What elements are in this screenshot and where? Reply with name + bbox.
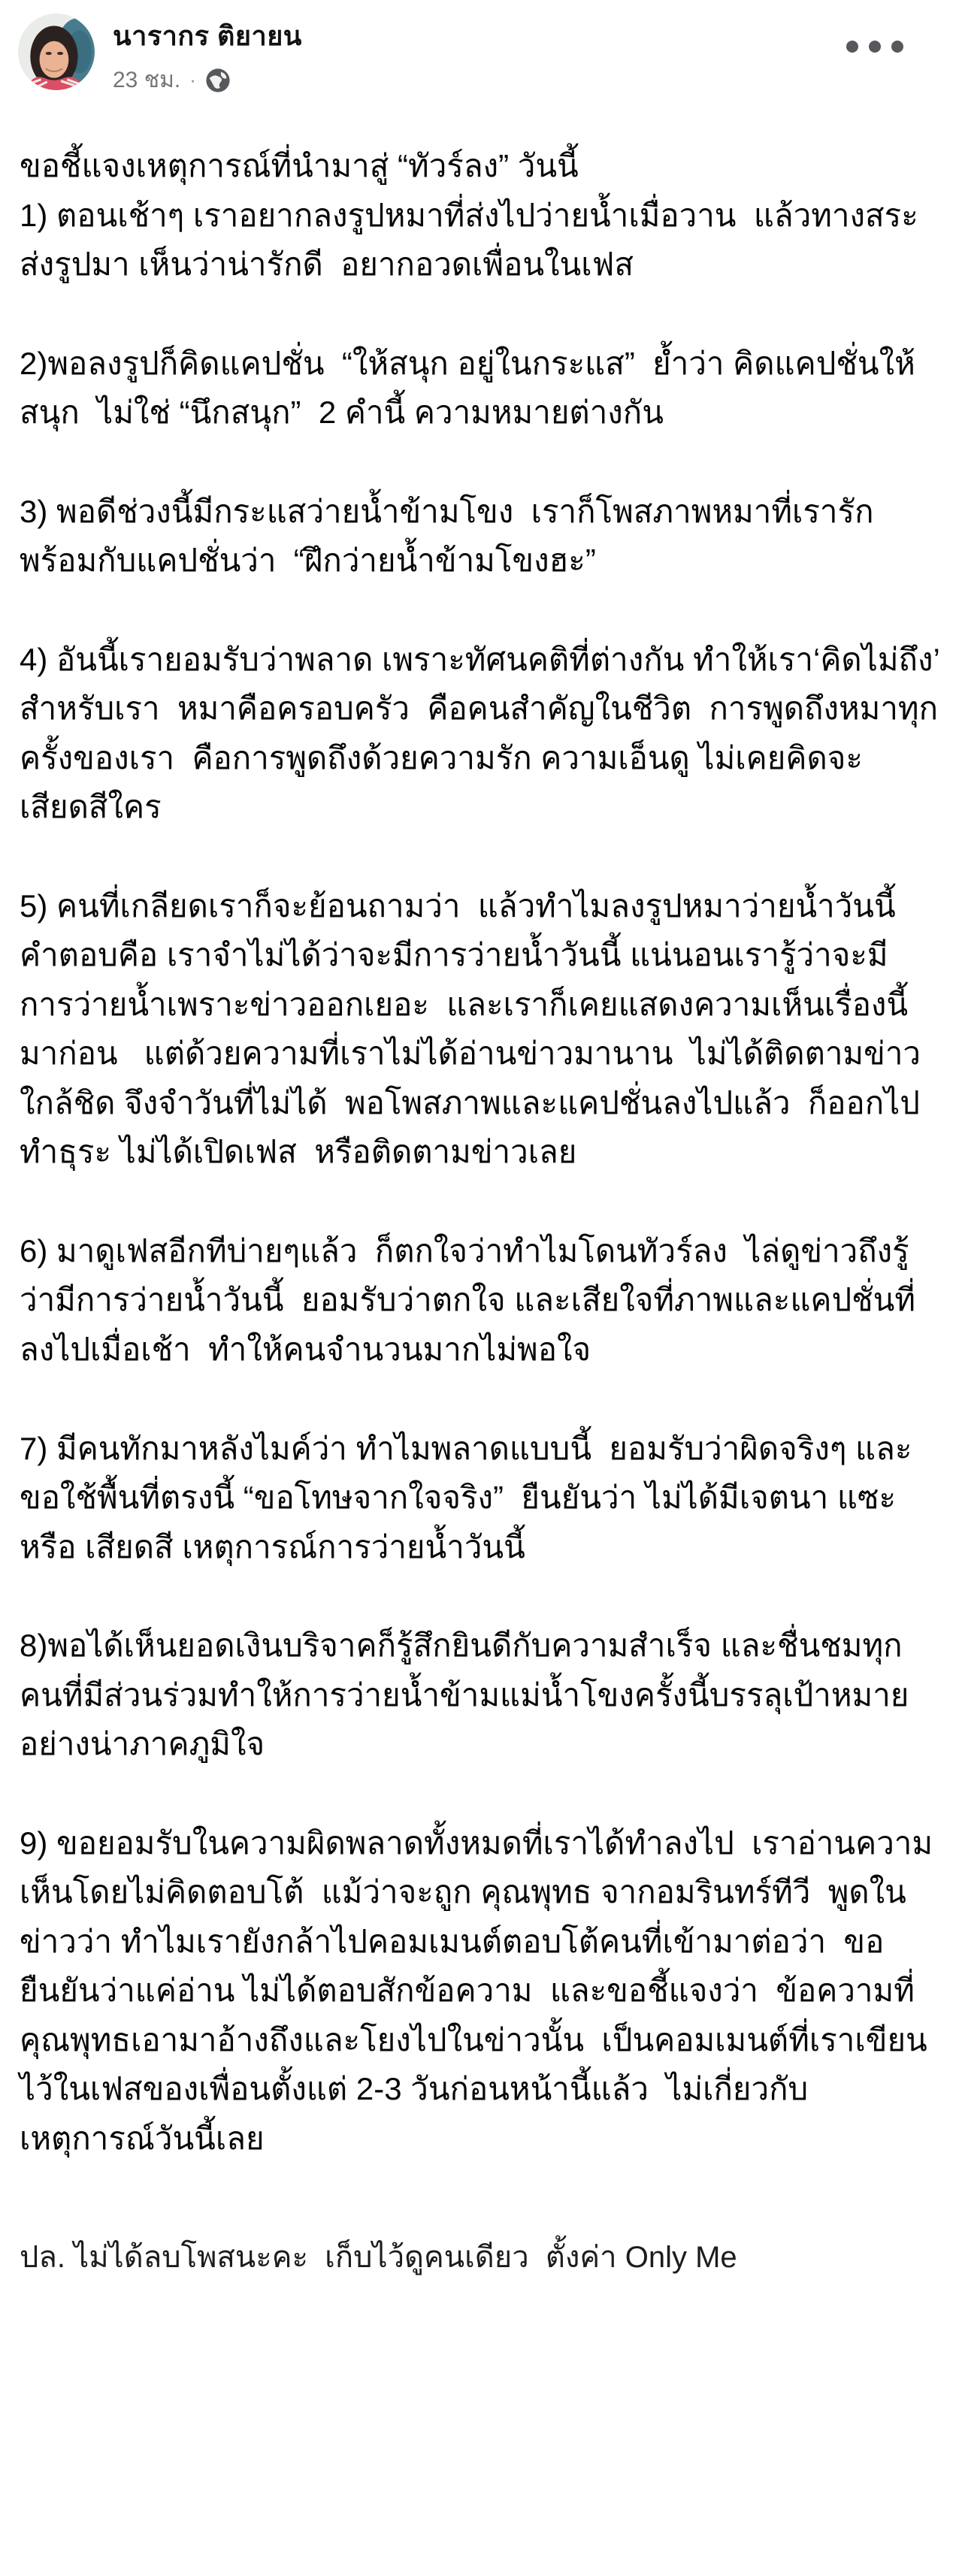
post-paragraph: 5) คนที่เกลียดเราก็จะย้อนถามว่า แล้วทำไม… xyxy=(20,881,939,1177)
ellipsis-dot xyxy=(891,41,903,53)
globe-icon xyxy=(205,68,231,93)
ellipsis-dot xyxy=(869,41,881,53)
post-header: นารากร ติยายน 23 ชม. · xyxy=(0,0,962,105)
post-subline: 23 ชม. · xyxy=(113,62,302,98)
author-name[interactable]: นารากร ติยายน xyxy=(113,20,302,52)
avatar[interactable] xyxy=(18,14,95,90)
post-paragraph: ขอชี้แจงเหตุการณ์ที่นำมาสู่ “ทัวร์ลง” วั… xyxy=(20,141,939,289)
post-paragraph: 3) พอดีช่วงนี้มีกระแสว่ายน้ำข้ามโขง เราก… xyxy=(20,487,939,585)
dot-separator: · xyxy=(189,68,196,92)
post-body: ขอชี้แจงเหตุการณ์ที่นำมาสู่ “ทัวร์ลง” วั… xyxy=(0,105,962,2280)
post-footer-note: ปล. ไม่ได้ลบโพสนะคะ เก็บไว้ดูคนเดียว ตั้… xyxy=(20,2235,939,2280)
post-meta: นารากร ติยายน 23 ชม. · xyxy=(113,14,302,98)
ellipsis-dot xyxy=(846,41,858,53)
timestamp[interactable]: 23 ชม. xyxy=(113,62,180,98)
post-paragraph: 8)พอได้เห็นยอดเงินบริจาคก็รู้สึกยินดีกับ… xyxy=(20,1621,939,1769)
post-paragraph: 9) ขอยอมรับในความผิดพลาดทั้งหมดที่เราได้… xyxy=(20,1819,939,2163)
post-paragraph: 6) มาดูเฟสอีกทีบ่ายๆแล้ว ก็ตกใจว่าทำไมโด… xyxy=(20,1226,939,1374)
post-paragraph: 4) อันนี้เรายอมรับว่าพลาด เพราะทัศนคติที… xyxy=(20,635,939,832)
facebook-post: นารากร ติยายน 23 ชม. · ขอชี้แจงเหตุการณ์… xyxy=(0,0,962,2576)
post-paragraph: 2)พอลงรูปก็คิดแคปชั่น “ให้สนุก อยู่ในกระ… xyxy=(20,339,939,437)
more-options-button[interactable] xyxy=(842,36,908,57)
post-paragraph: 7) มีคนทักมาหลังไมค์ว่า ทำไมพลาดแบบนี้ ย… xyxy=(20,1424,939,1572)
avatar-image xyxy=(18,14,95,90)
post-text: ขอชี้แจงเหตุการณ์ที่นำมาสู่ “ทัวร์ลง” วั… xyxy=(20,141,939,2163)
